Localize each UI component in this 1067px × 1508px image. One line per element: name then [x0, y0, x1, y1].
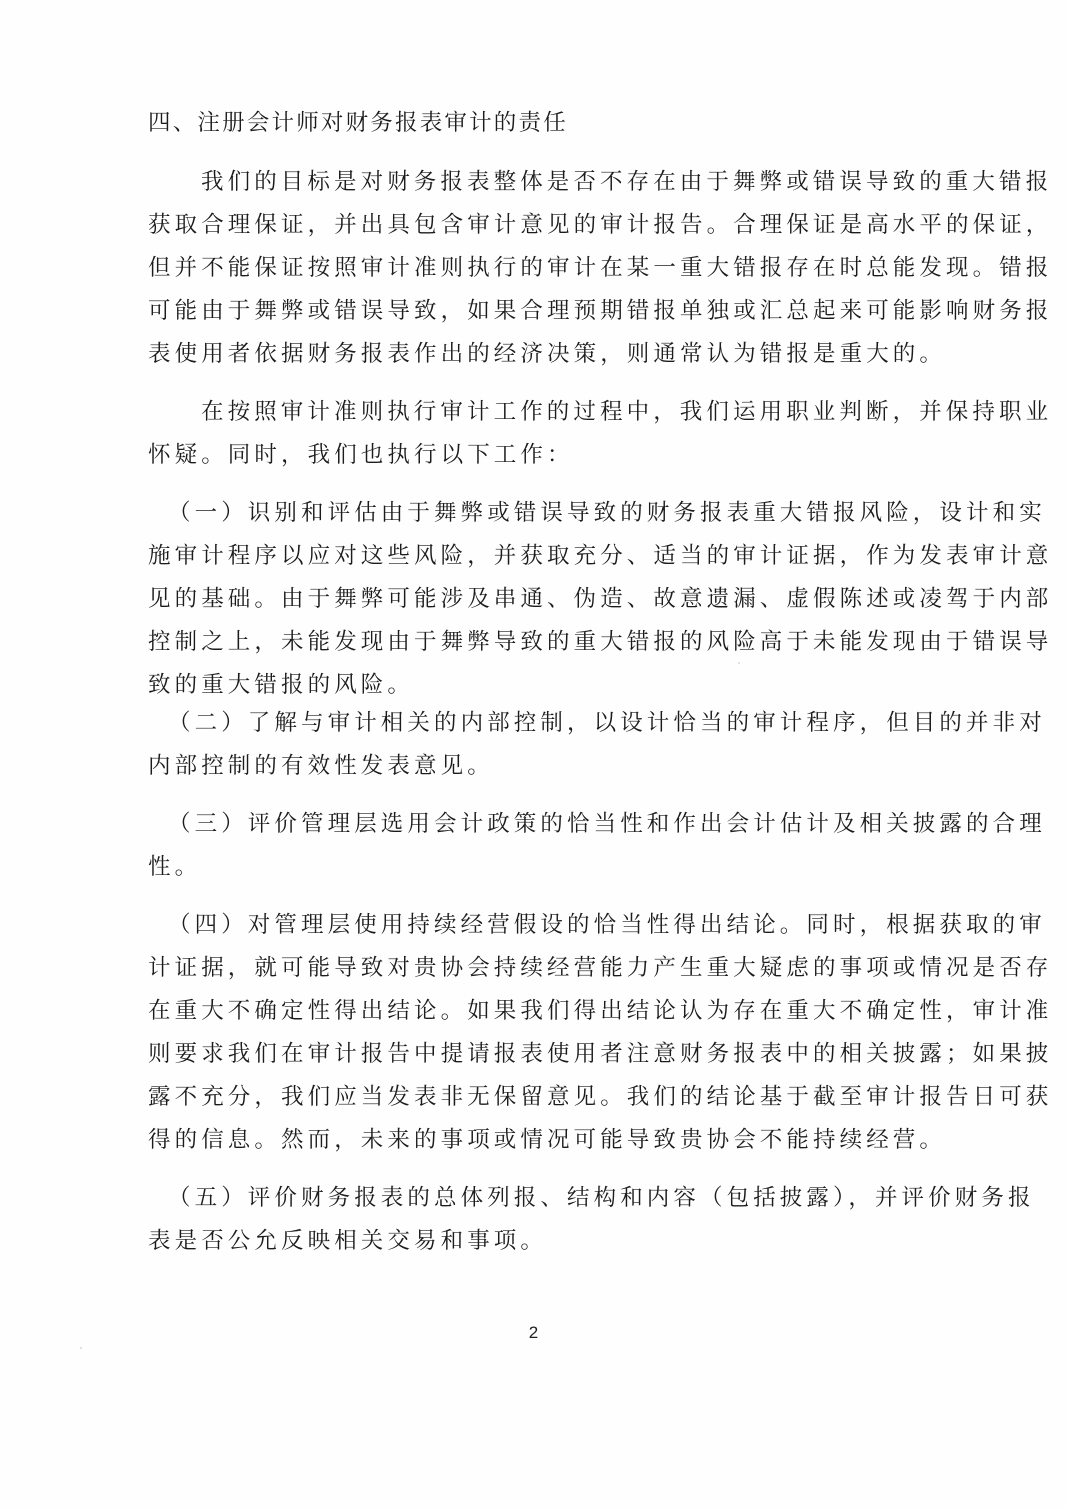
paragraph-line: 可能由于舞弊或错误导致，如果合理预期错报单独或汇总起来可能影响财务报 — [148, 296, 908, 326]
paragraph-line: 表是否公允反映相关交易和事项。 — [148, 1226, 908, 1256]
paragraph-line: 计证据，就可能导致对贵协会持续经营能力产生重大疑虑的事项或情况是否存 — [148, 953, 908, 983]
paragraph-line: （四）对管理层使用持续经营假设的恰当性得出结论。同时，根据获取的审 — [168, 910, 928, 940]
paragraph-line: （二）了解与审计相关的内部控制，以设计恰当的审计程序，但目的并非对 — [168, 708, 928, 738]
scan-speck — [80, 1347, 82, 1349]
page-number: 2 — [0, 1323, 1067, 1343]
paragraph-line: （五）评价财务报表的总体列报、结构和内容（包括披露），并评价财务报 — [168, 1183, 928, 1213]
paragraph-line: 致的重大错报的风险。 — [148, 670, 908, 700]
paragraph-line: 在按照审计准则执行审计工作的过程中，我们运用职业判断，并保持职业 — [201, 397, 961, 427]
paragraph-line: 但并不能保证按照审计准则执行的审计在某一重大错报存在时总能发现。错报 — [148, 253, 908, 283]
paragraph-line: 见的基础。由于舞弊可能涉及串通、伪造、故意遗漏、虚假陈述或凌驾于内部 — [148, 584, 908, 614]
paragraph-line: 则要求我们在审计报告中提请报表使用者注意财务报表中的相关披露；如果披 — [148, 1039, 908, 1069]
paragraph-line: 性。 — [148, 852, 908, 882]
paragraph-line: 在重大不确定性得出结论。如果我们得出结论认为存在重大不确定性，审计准 — [148, 996, 908, 1026]
paragraph-line: 获取合理保证，并出具包含审计意见的审计报告。合理保证是高水平的保证， — [148, 210, 908, 240]
paragraph-line: （三）评价管理层选用会计政策的恰当性和作出会计估计及相关披露的合理 — [168, 809, 928, 839]
paragraph-line: 施审计程序以应对这些风险，并获取充分、适当的审计证据，作为发表审计意 — [148, 541, 908, 571]
paragraph-line: 控制之上，未能发现由于舞弊导致的重大错报的风险高于未能发现由于错误导 — [148, 627, 908, 657]
paragraph-line: 怀疑。同时，我们也执行以下工作： — [148, 440, 908, 470]
paragraph-line: 我们的目标是对财务报表整体是否不存在由于舞弊或错误导致的重大错报 — [201, 167, 961, 197]
paragraph-line: （一）识别和评估由于舞弊或错误导致的财务报表重大错报风险，设计和实 — [168, 498, 928, 528]
paragraph-line: 表使用者依据财务报表作出的经济决策，则通常认为错报是重大的。 — [148, 339, 908, 369]
paragraph-line: 内部控制的有效性发表意见。 — [148, 751, 908, 781]
scan-speck — [738, 662, 740, 664]
paragraph-line: 露不充分，我们应当发表非无保留意见。我们的结论基于截至审计报告日可获 — [148, 1082, 908, 1112]
paragraph-line: 得的信息。然而，未来的事项或情况可能导致贵协会不能持续经营。 — [148, 1125, 908, 1155]
document-page: 四、注册会计师对财务报表审计的责任 我们的目标是对财务报表整体是否不存在由于舞弊… — [0, 0, 1067, 1508]
section-heading: 四、注册会计师对财务报表审计的责任 — [148, 108, 908, 138]
